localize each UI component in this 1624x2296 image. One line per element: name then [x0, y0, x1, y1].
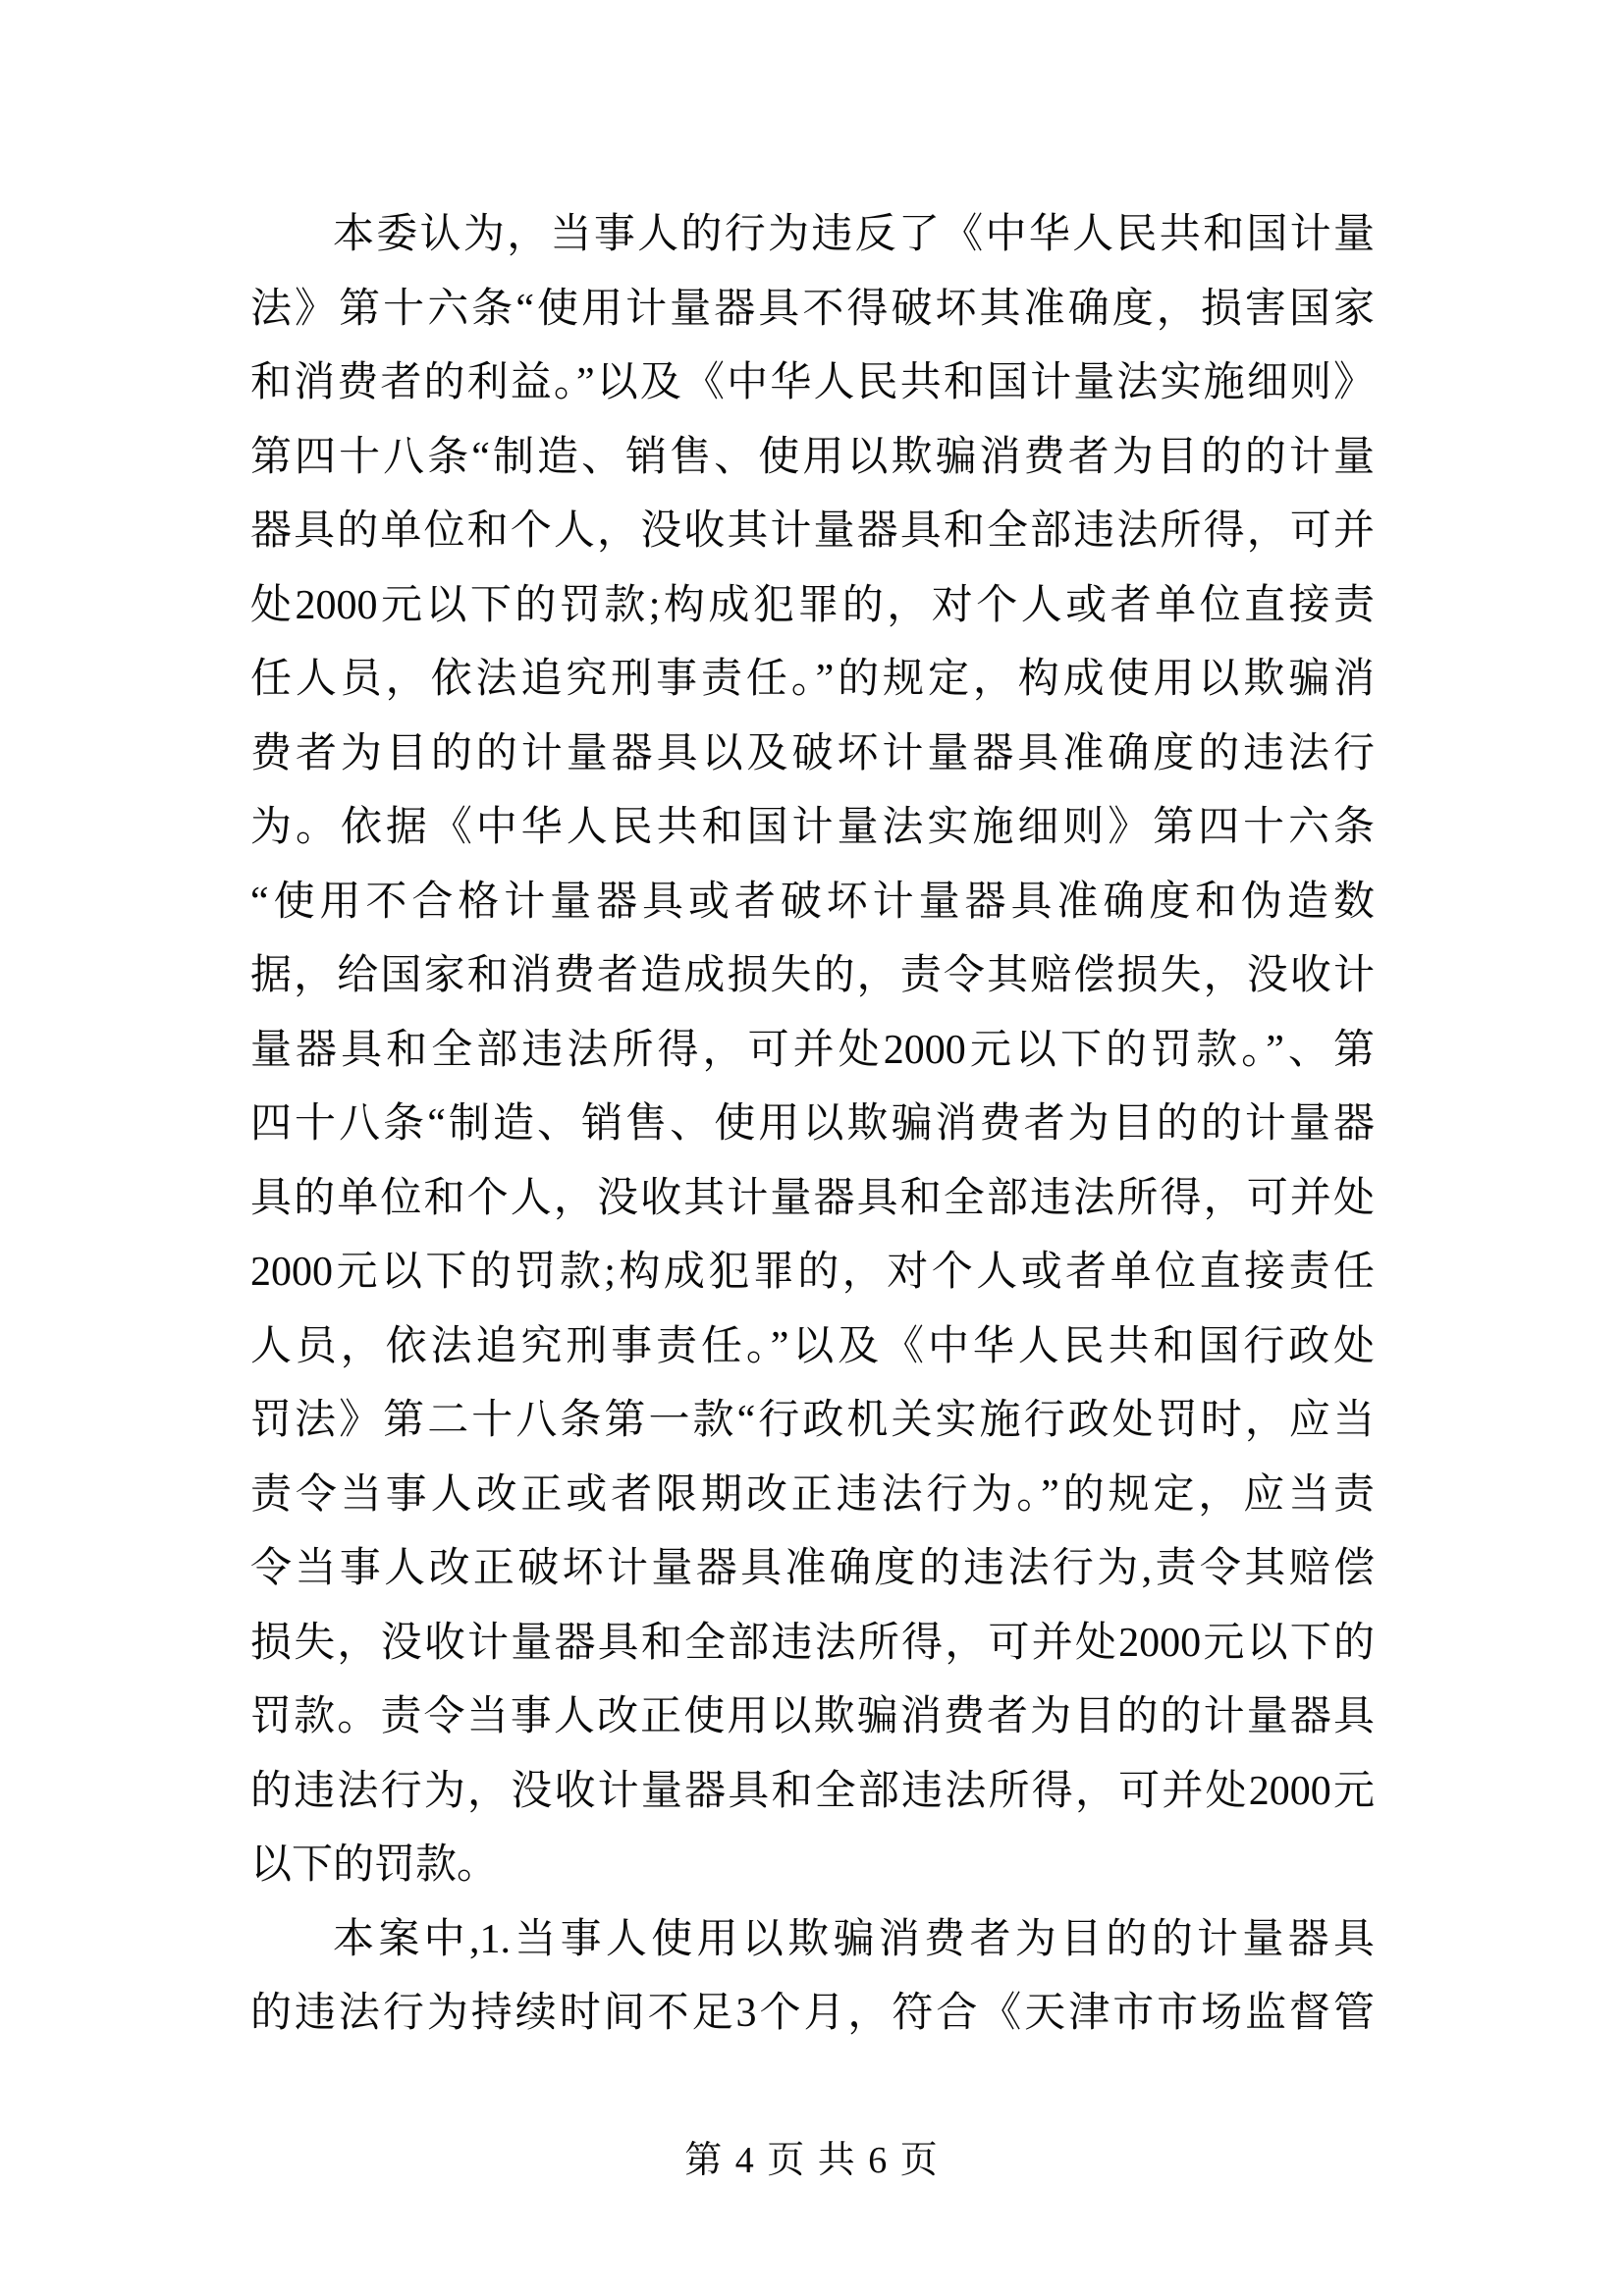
text-line: 2000元以下的罚款;构成犯罪的，对个人或者单位直接责任	[250, 1236, 1375, 1310]
text-line: 人员，依法追究刑事责任。”以及《中华人民共和国行政处	[250, 1310, 1375, 1385]
text-line: 器具的单位和个人，没收其计量器具和全部违法所得，可并	[250, 495, 1375, 569]
text-line: 处2000元以下的罚款;构成犯罪的，对个人或者单位直接责	[250, 569, 1375, 644]
text-line: 本委认为，当事人的行为违反了《中华人民共和国计量	[250, 198, 1375, 273]
text-line: 为。依据《中华人民共和国计量法实施细则》第四十六条	[250, 791, 1375, 866]
text-line: 本案中,1.当事人使用以欺骗消费者为目的的计量器具	[250, 1903, 1375, 1978]
text-line: 令当事人改正破坏计量器具准确度的违法行为,责令其赔偿	[250, 1532, 1375, 1607]
text-line: 以下的罚款。	[250, 1829, 1375, 1903]
text-line: 和消费者的利益。”以及《中华人民共和国计量法实施细则》	[250, 347, 1375, 421]
text-line: 的违法行为持续时间不足3个月，符合《天津市市场监督管	[250, 1977, 1375, 2052]
text-line: 量器具和全部违法所得，可并处2000元以下的罚款。”、第	[250, 1014, 1375, 1089]
document-page: 本委认为，当事人的行为违反了《中华人民共和国计量法》第十六条“使用计量器具不得破…	[0, 0, 1624, 2296]
text-line: 第四十八条“制造、销售、使用以欺骗消费者为目的的计量	[250, 421, 1375, 496]
text-line: 责令当事人改正或者限期改正违法行为。”的规定，应当责	[250, 1459, 1375, 1533]
text-line: 具的单位和个人，没收其计量器具和全部违法所得，可并处	[250, 1162, 1375, 1237]
text-line: 费者为目的的计量器具以及破坏计量器具准确度的违法行	[250, 718, 1375, 792]
text-line: 四十八条“制造、销售、使用以欺骗消费者为目的的计量器	[250, 1088, 1375, 1162]
text-line: 的违法行为，没收计量器具和全部违法所得，可并处2000元	[250, 1755, 1375, 1830]
document-body: 本委认为，当事人的行为违反了《中华人民共和国计量法》第十六条“使用计量器具不得破…	[250, 198, 1375, 2052]
page-footer: 第 4 页 共 6 页	[0, 2138, 1624, 2183]
text-line: 罚法》第二十八条第一款“行政机关实施行政处罚时，应当	[250, 1384, 1375, 1459]
text-line: 据，给国家和消费者造成损失的，责令其赔偿损失，没收计	[250, 939, 1375, 1014]
page-number-text: 第 4 页 共 6 页	[684, 2140, 940, 2181]
text-line: 罚款。责令当事人改正使用以欺骗消费者为目的的计量器具	[250, 1681, 1375, 1755]
text-line: “使用不合格计量器具或者破坏计量器具准确度和伪造数	[250, 866, 1375, 940]
text-line: 损失，没收计量器具和全部违法所得，可并处2000元以下的	[250, 1607, 1375, 1682]
text-line: 法》第十六条“使用计量器具不得破坏其准确度，损害国家	[250, 273, 1375, 347]
text-line: 任人员，依法追究刑事责任。”的规定，构成使用以欺骗消	[250, 643, 1375, 718]
